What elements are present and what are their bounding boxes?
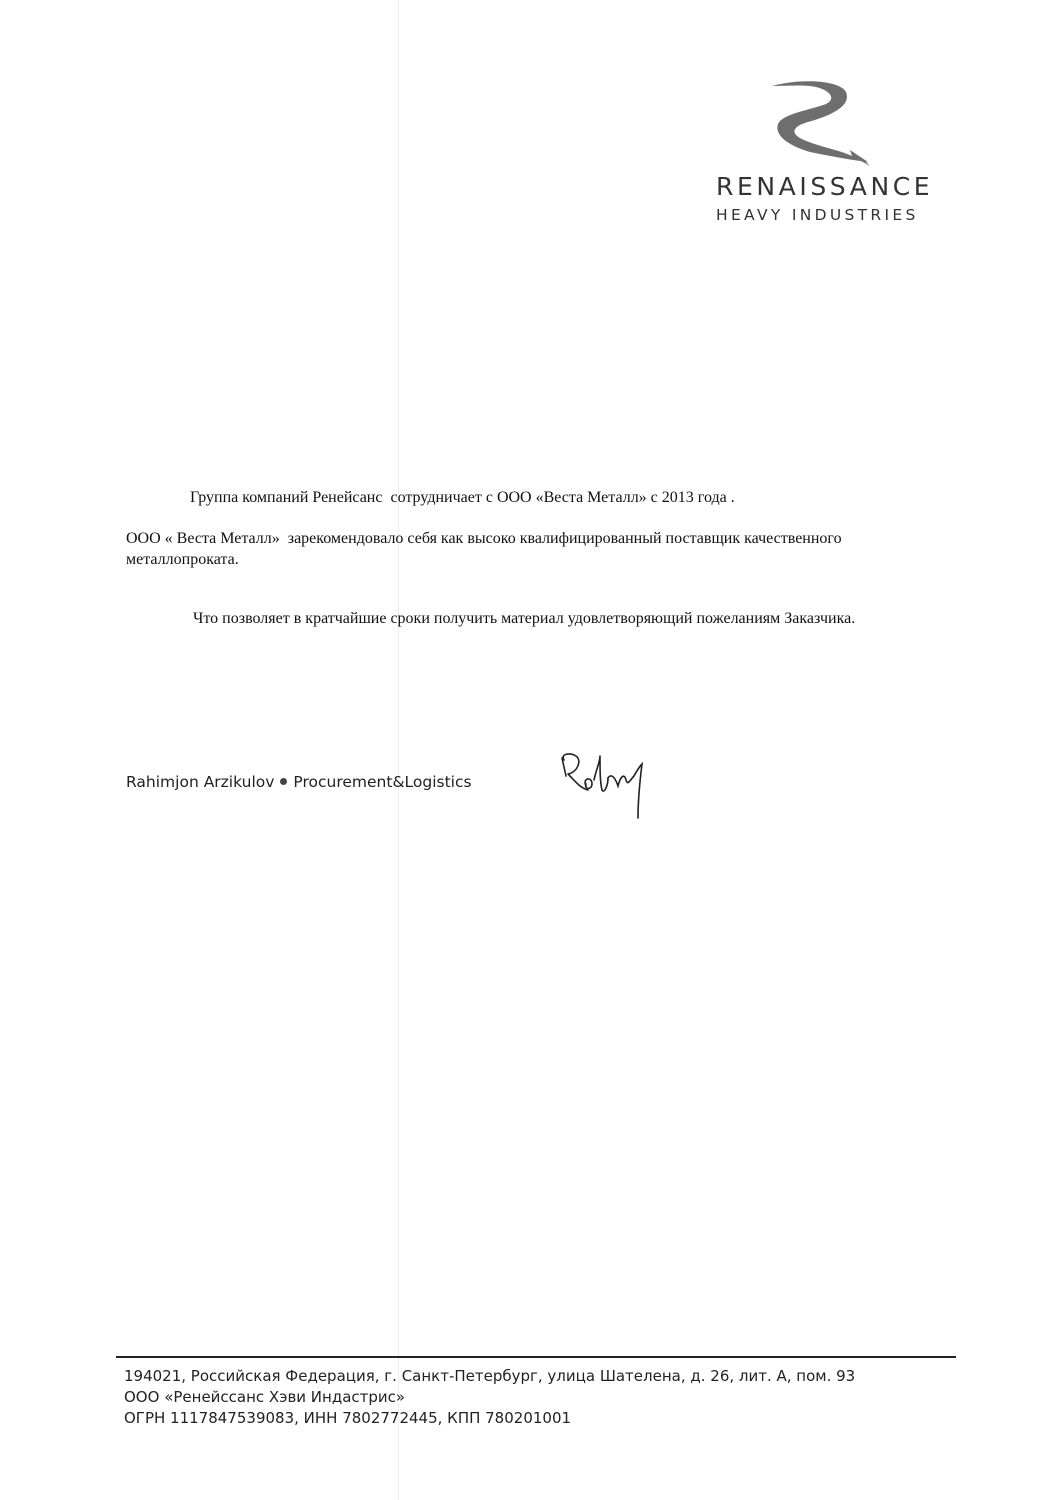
letter-paragraph-3: Что позволяет в кратчайшие сроки получит…	[193, 608, 855, 629]
signatory-name: Rahimjon Arzikulov	[126, 773, 274, 791]
company-name: RENAISSANCE	[716, 172, 933, 201]
footer-legal-name: ООО «Ренейссанс Хэви Индастрис»	[124, 1387, 855, 1408]
company-subtitle: HEAVY INDUSTRIES	[716, 206, 919, 224]
letter-footer: 194021, Российская Федерация, г. Санкт-П…	[124, 1366, 855, 1429]
company-letterhead: RENAISSANCE HEAVY INDUSTRIES	[700, 70, 940, 230]
footer-registration: ОГРН 1117847539083, ИНН 7802772445, КПП …	[124, 1408, 855, 1429]
footer-address: 194021, Российская Федерация, г. Санкт-П…	[124, 1366, 855, 1387]
bullet-separator-icon	[280, 778, 287, 785]
page-fold-line	[398, 0, 399, 1500]
footer-divider	[116, 1356, 956, 1358]
renaissance-logo-icon	[770, 78, 880, 170]
letter-paragraph-1: Группа компаний Ренейсанс сотрудничает с…	[190, 487, 735, 508]
letter-paragraph-2: ООО « Веста Металл» зарекомендовало себя…	[126, 528, 842, 570]
signatory-department: Procurement&Logistics	[293, 773, 471, 791]
signature-icon	[556, 750, 666, 825]
signatory-line: Rahimjon ArzikulovProcurement&Logistics	[126, 773, 472, 791]
